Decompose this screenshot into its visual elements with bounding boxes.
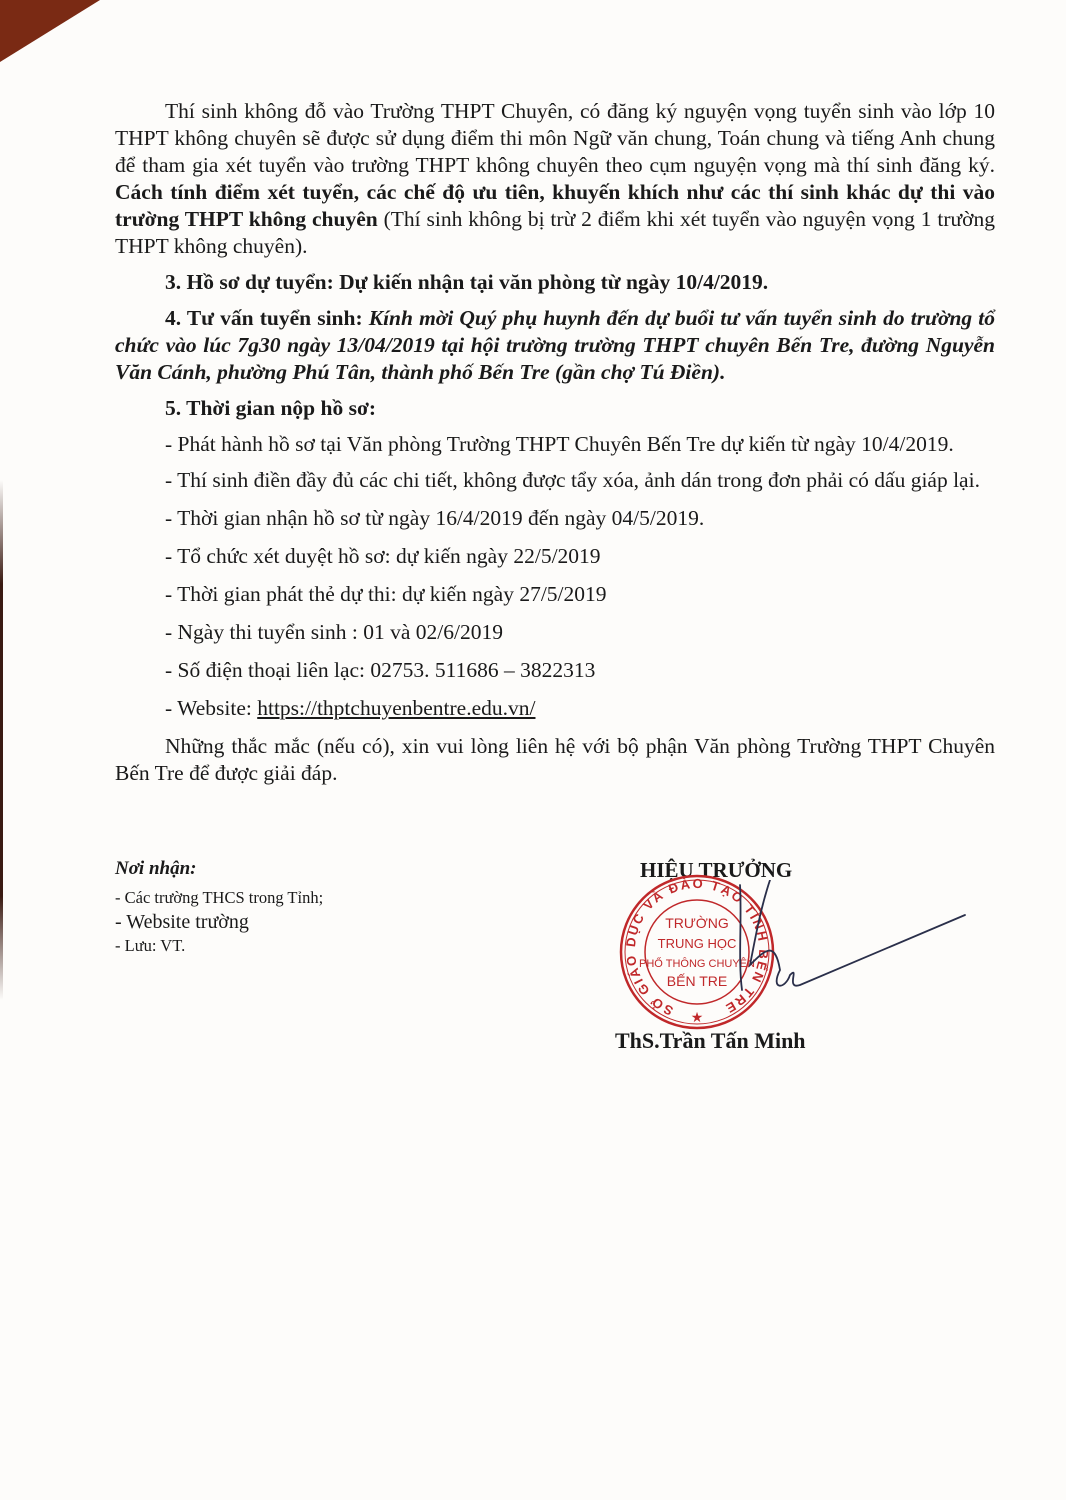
section-5-item: - Thí sinh điền đầy đủ các chi tiết, khô…: [115, 467, 995, 494]
section-4: 4. Tư vấn tuyển sinh: Kính mời Quý phụ h…: [115, 305, 995, 386]
recipients-block: Nơi nhận: - Các trường THCS trong Tỉnh; …: [115, 858, 495, 958]
recipients-title: Nơi nhận:: [115, 858, 495, 880]
paper-corner-background: [0, 0, 100, 62]
paper-edge-shadow: [0, 480, 3, 1000]
closing-paragraph: Những thắc mắc (nếu có), xin vui lòng li…: [115, 733, 995, 787]
svg-text:TRUNG HỌC: TRUNG HỌC: [658, 936, 737, 951]
section-3: 3. Hồ sơ dự tuyển: Dự kiến nhận tại văn …: [115, 269, 995, 296]
recipient-item: - Các trường THCS trong Tỉnh;: [115, 886, 495, 910]
svg-text:TRƯỜNG: TRƯỜNG: [665, 915, 729, 931]
section-5-item: - Phát hành hồ sơ tại Văn phòng Trường T…: [115, 431, 995, 458]
signature-icon: [730, 880, 970, 1000]
section-4-heading: 4. Tư vấn tuyển sinh:: [165, 306, 369, 330]
section-5-item: - Tổ chức xét duyệt hồ sơ: dự kiến ngày …: [115, 543, 995, 570]
website-link[interactable]: https://thptchuyenbentre.edu.vn/: [257, 696, 535, 720]
intro-paragraph: Thí sinh không đỗ vào Trường THPT Chuyên…: [115, 98, 995, 260]
section-5-item: - Số điện thoại liên lạc: 02753. 511686 …: [115, 657, 995, 684]
website-label: - Website:: [165, 696, 257, 720]
recipient-item: - Lưu: VT.: [115, 934, 495, 958]
document-body: Thí sinh không đỗ vào Trường THPT Chuyên…: [115, 98, 995, 787]
section-5-heading: 5. Thời gian nộp hồ sơ:: [115, 395, 995, 422]
section-5-item: - Thời gian phát thẻ dự thi: dự kiến ngà…: [115, 581, 995, 608]
section-3-text: 3. Hồ sơ dự tuyển: Dự kiến nhận tại văn …: [165, 270, 768, 294]
recipient-item: - Website trường: [115, 910, 495, 934]
signer-name: ThS.Trần Tấn Minh: [615, 1028, 806, 1054]
intro-plain: Thí sinh không đỗ vào Trường THPT Chuyên…: [115, 99, 995, 177]
section-5-heading-text: 5. Thời gian nộp hồ sơ:: [165, 396, 376, 420]
svg-text:BẾN TRE: BẾN TRE: [667, 973, 727, 989]
website-line: - Website: https://thptchuyenbentre.edu.…: [115, 695, 995, 722]
section-5-item: - Thời gian nhận hồ sơ từ ngày 16/4/2019…: [115, 505, 995, 532]
svg-text:★: ★: [691, 1009, 704, 1025]
section-5-item: - Ngày thi tuyển sinh : 01 và 02/6/2019: [115, 619, 995, 646]
